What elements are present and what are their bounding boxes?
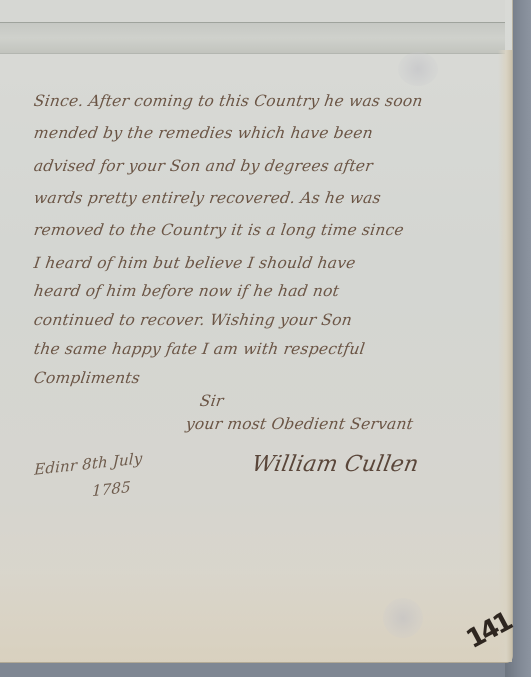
stain-mark-top — [398, 52, 438, 86]
letter-page: Since. After coming to this Country he w… — [0, 0, 512, 662]
paper-fold-crease — [0, 22, 505, 54]
letter-line-6: I heard of him but believe I should have — [33, 254, 357, 272]
letter-line-9: the same happy fate I am with respectful — [33, 340, 366, 358]
letter-line-8: continued to recover. Wishing your Son — [33, 311, 354, 329]
paper-right-edge — [498, 50, 512, 662]
letter-line-5: removed to the Country it is a long time… — [33, 221, 405, 239]
paper-top-margin — [0, 0, 505, 22]
date-place-day: Edinr 8th July — [34, 449, 143, 479]
stain-mark-bottom — [383, 598, 423, 638]
date-year: 1785 — [92, 478, 131, 500]
salutation-sir: Sir — [199, 392, 225, 410]
letter-line-2: mended by the remedies which have been — [33, 124, 374, 142]
letter-line-4: wards pretty entirely recovered. As he w… — [33, 189, 382, 207]
paper-discoloration — [0, 572, 512, 662]
manuscript-scan: Since. After coming to this Country he w… — [0, 0, 531, 677]
letter-line-3: advised for your Son and by degrees afte… — [33, 157, 374, 175]
letter-line-10: Compliments — [33, 369, 141, 387]
valediction: your most Obedient Servant — [185, 415, 415, 433]
signature-william-cullen: William Cullen — [250, 452, 421, 477]
letter-line-7: heard of him before now if he had not — [33, 282, 341, 300]
letter-line-1: Since. After coming to this Country he w… — [33, 92, 424, 110]
